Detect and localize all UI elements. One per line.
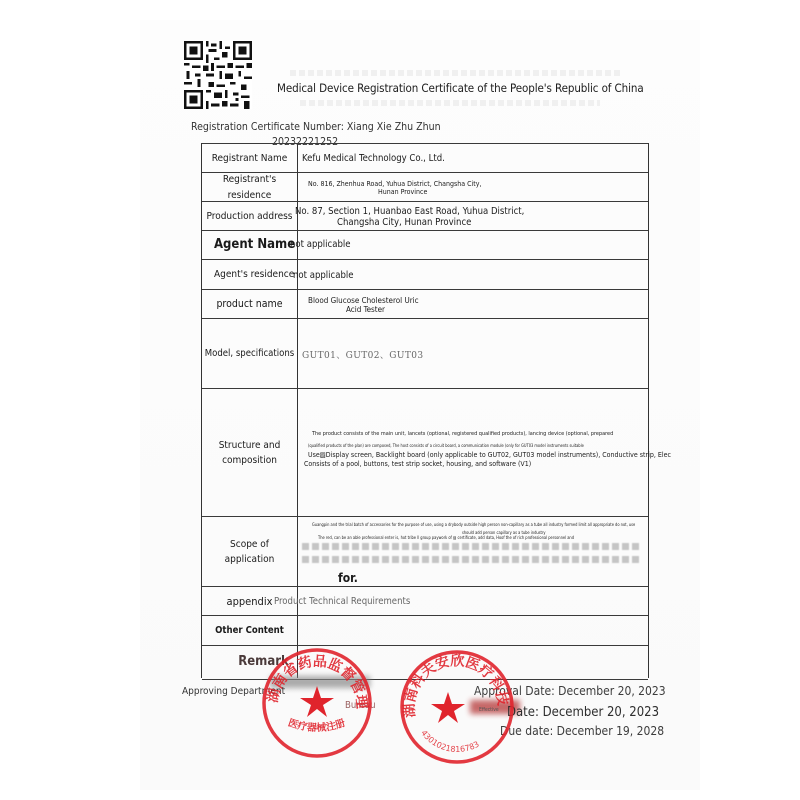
value-line: (qualified products of the plan) are com… bbox=[302, 443, 644, 448]
label-production-address: Production address bbox=[202, 202, 297, 231]
row-registrant-name: Registrant Name Kefu Medical Technology … bbox=[202, 143, 648, 173]
label-other-content: Other Content bbox=[202, 616, 297, 646]
row-agent-residence: Agent's residence not applicable bbox=[202, 259, 648, 290]
label-model-specifications: Model, specifications bbox=[202, 319, 297, 389]
label-product-name: product name bbox=[202, 290, 297, 319]
qr-code bbox=[182, 41, 254, 109]
faded-chinese-title bbox=[290, 70, 620, 76]
due-date: Due date: December 19, 2028 bbox=[500, 724, 664, 738]
value-product-name: Blood Glucose Cholesterol Uric Acid Test… bbox=[302, 290, 644, 319]
row-appendix: appendix Product Technical Requirements bbox=[202, 586, 648, 616]
row-product-name: product name Blood Glucose Cholesterol U… bbox=[202, 289, 648, 319]
row-other-content: Other Content bbox=[202, 615, 648, 646]
value-line: Blood Glucose Cholesterol Uric bbox=[302, 296, 644, 305]
value-registrant-name: Kefu Medical Technology Co., Ltd. bbox=[302, 144, 644, 173]
label-structure-composition: Structure and composition bbox=[202, 389, 297, 517]
value-registrant-residence: No. 816, Zhenhua Road, Yuhua District, C… bbox=[302, 173, 644, 202]
value-appendix: Product Technical Requirements bbox=[274, 587, 644, 616]
value-line: Use▨Display screen, Backlight board (onl… bbox=[302, 451, 644, 459]
certificate-title: Medical Device Registration Certificate … bbox=[277, 81, 644, 95]
faded-chinese-line bbox=[302, 543, 642, 550]
certificate-table: Registrant Name Kefu Medical Technology … bbox=[201, 143, 649, 678]
value-production-address: No. 87, Section 1, Huanbao East Road, Yu… bbox=[295, 202, 644, 231]
value-line: The product consists of the main unit, l… bbox=[302, 431, 644, 437]
row-scope-application: Scope of application Guangpin and the tr… bbox=[202, 516, 648, 587]
seal-right-icon: 湖南科夫安欣医疗科技 4301021816783 bbox=[398, 648, 516, 766]
trailing-text: for. bbox=[302, 571, 644, 585]
value-line: No. 816, Zhenhua Road, Yuhua District, C… bbox=[302, 180, 481, 188]
row-registrant-residence: Registrant's residence No. 816, Zhenhua … bbox=[202, 172, 648, 202]
official-seal-right: 湖南科夫安欣医疗科技 4301021816783 bbox=[398, 648, 516, 766]
row-production-address: Production address No. 87, Section 1, Hu… bbox=[202, 201, 648, 231]
value-agent-name: not applicable bbox=[290, 231, 644, 260]
value-other-content bbox=[302, 616, 644, 646]
certificate-number-label: Registration Certificate Number: Xiang X… bbox=[191, 121, 441, 133]
value-line: Guangpin and the trial batch of accessor… bbox=[302, 522, 644, 527]
svg-text:4301021816783: 4301021816783 bbox=[419, 728, 481, 754]
value-structure-composition: The product consists of the main unit, l… bbox=[302, 389, 644, 517]
seal-left-icon: 湖南省药品监督管理局 医疗器械注册专用章 bbox=[260, 646, 374, 760]
official-seal-left: 湖南省药品监督管理局 医疗器械注册专用章 bbox=[260, 646, 374, 760]
row-agent-name: Agent Name not applicable bbox=[202, 230, 648, 260]
value-line: The red, can be an able professional ent… bbox=[302, 535, 644, 540]
faded-chinese-subtitle bbox=[300, 100, 600, 106]
row-model-specifications: Model, specifications GUT01、GUT02、GUT03 bbox=[202, 318, 648, 389]
faded-chinese-line bbox=[302, 556, 642, 563]
value-model-specifications: GUT01、GUT02、GUT03 bbox=[302, 319, 644, 389]
label-registrant-name: Registrant Name bbox=[202, 144, 297, 173]
label-registrant-residence: Registrant's residence bbox=[202, 173, 297, 202]
value-scope-application: Guangpin and the trial batch of accessor… bbox=[302, 517, 644, 587]
value-agent-residence: not applicable bbox=[293, 260, 644, 290]
effective-date: Date: December 20, 2023 bbox=[507, 705, 659, 720]
value-line: Consists of a pool, buttons, test strip … bbox=[302, 460, 644, 468]
value-line: Hunan Province bbox=[302, 188, 427, 196]
value-line: No. 87, Section 1, Huanbao East Road, Yu… bbox=[295, 206, 644, 217]
label-scope-application: Scope of application bbox=[202, 517, 297, 587]
value-line: Acid Tester bbox=[302, 305, 644, 314]
value-line: Changsha City, Hunan Province bbox=[295, 217, 644, 228]
row-structure-composition: Structure and composition The product co… bbox=[202, 388, 648, 517]
